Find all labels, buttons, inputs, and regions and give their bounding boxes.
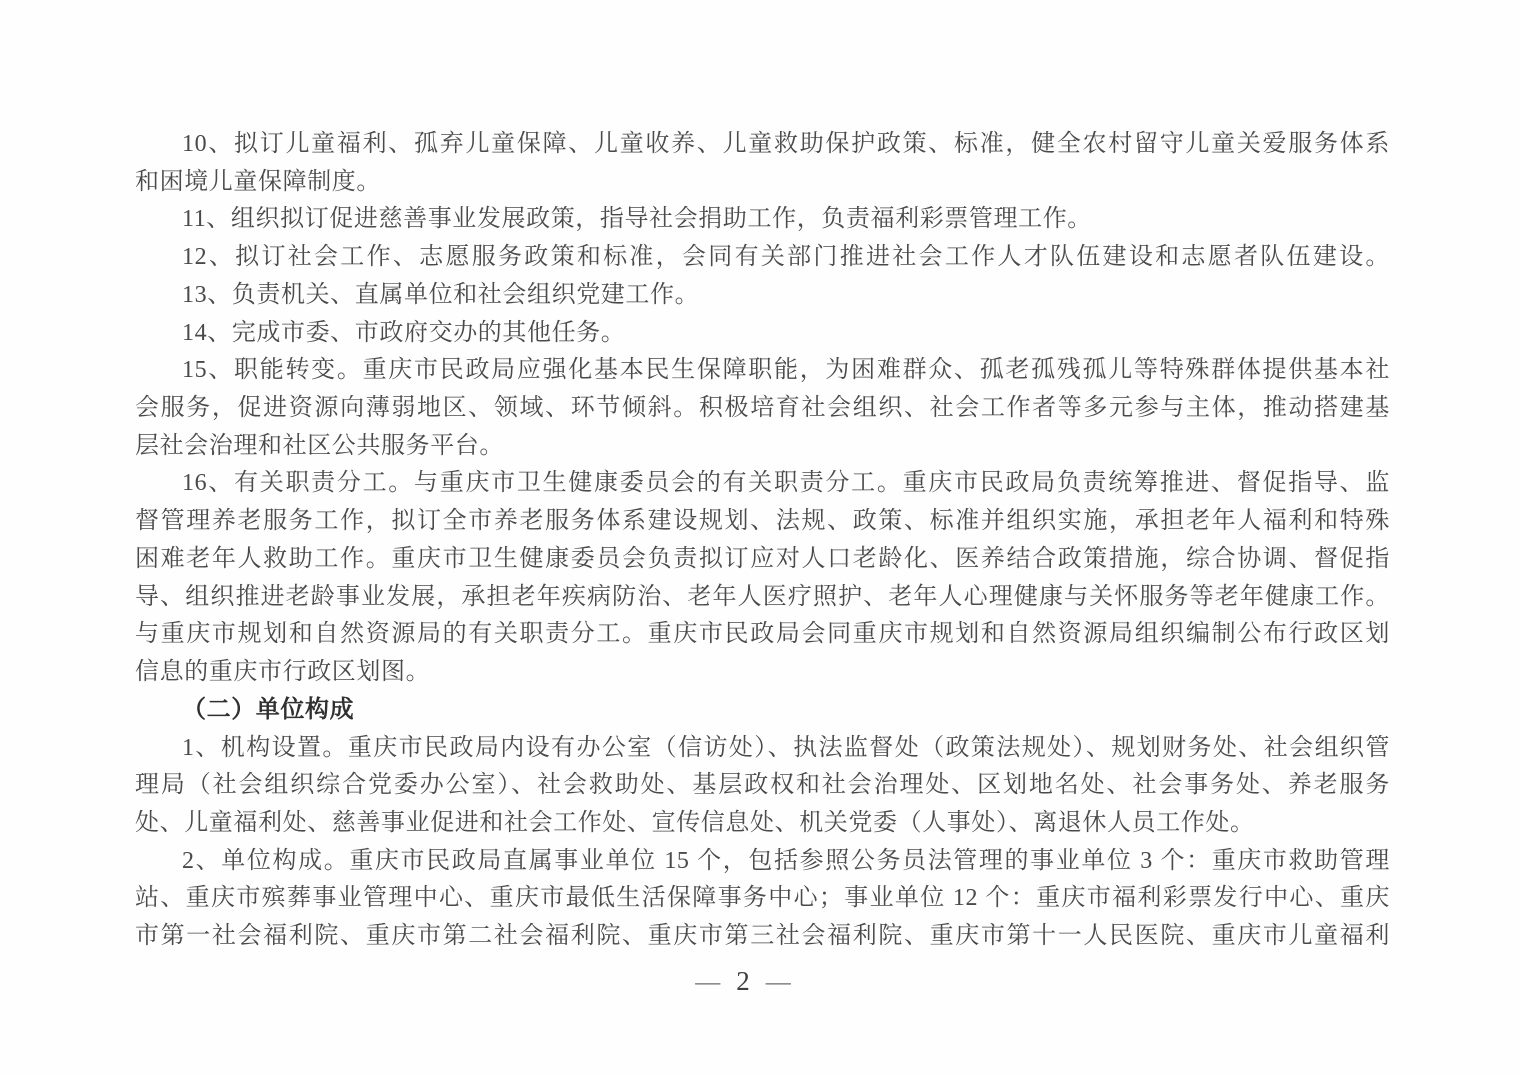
text-line: 10、拟订儿童福利、孤弃儿童保障、儿童收养、儿童救助保护政策、标准，健全农村留守… xyxy=(135,126,1390,164)
section-heading: （二）单位构成 xyxy=(135,692,1390,730)
page-number: 2 xyxy=(736,962,750,1000)
text-line: 2、单位构成。重庆市民政局直属事业单位 15 个，包括参照公务员法管理的事业单位… xyxy=(135,843,1390,881)
text-line: 会服务，促进资源向薄弱地区、领域、环节倾斜。积极培育社会组织、社会工作者等多元参… xyxy=(135,390,1390,428)
text-line: 处、儿童福利处、慈善事业促进和社会工作处、宣传信息处、机关党委（人事处）、离退休… xyxy=(135,805,1390,843)
text-line: 督管理养老服务工作，拟订全市养老服务体系建设规划、法规、政策、标准并组织实施，承… xyxy=(135,503,1390,541)
page-footer: —2— xyxy=(0,962,1486,1002)
text-line: 16、有关职责分工。与重庆市卫生健康委员会的有关职责分工。重庆市民政局负责统筹推… xyxy=(135,465,1390,503)
text-line: 15、职能转变。重庆市民政局应强化基本民生保障职能，为困难群众、孤老孤残孤儿等特… xyxy=(135,352,1390,390)
text-line: 理局（社会组织综合党委办公室）、社会救助处、基层政权和社会治理处、区划地名处、社… xyxy=(135,767,1390,805)
document-body: 10、拟订儿童福利、孤弃儿童保障、儿童收养、儿童救助保护政策、标准，健全农村留守… xyxy=(135,126,1390,956)
text-line: 站、重庆市殡葬事业管理中心、重庆市最低生活保障事务中心；事业单位 12 个：重庆… xyxy=(135,880,1390,918)
text-line: 市第一社会福利院、重庆市第二社会福利院、重庆市第三社会福利院、重庆市第十一人民医… xyxy=(135,918,1390,956)
footer-dash-right: — xyxy=(766,969,791,996)
text-line: 与重庆市规划和自然资源局的有关职责分工。重庆市民政局会同重庆市规划和自然资源局组… xyxy=(135,616,1390,654)
text-line: 11、组织拟订促进慈善事业发展政策，指导社会捐助工作，负责福利彩票管理工作。 xyxy=(135,201,1390,239)
text-line: 1、机构设置。重庆市民政局内设有办公室（信访处）、执法监督处（政策法规处）、规划… xyxy=(135,730,1390,768)
text-line: 困难老年人救助工作。重庆市卫生健康委员会负责拟订应对人口老龄化、医养结合政策措施… xyxy=(135,541,1390,579)
footer-dash-left: — xyxy=(695,969,720,996)
text-line: 导、组织推进老龄事业发展，承担老年疾病防治、老年人医疗照护、老年人心理健康与关怀… xyxy=(135,579,1390,617)
text-line: 14、完成市委、市政府交办的其他任务。 xyxy=(135,315,1390,353)
text-line: 和困境儿童保障制度。 xyxy=(135,164,1390,202)
text-line: 层社会治理和社区公共服务平台。 xyxy=(135,428,1390,466)
text-line: 信息的重庆市行政区划图。 xyxy=(135,654,1390,692)
text-line: 13、负责机关、直属单位和社会组织党建工作。 xyxy=(135,277,1390,315)
document-page: 10、拟订儿童福利、孤弃儿童保障、儿童收养、儿童救助保护政策、标准，健全农村留守… xyxy=(0,0,1520,1074)
text-line: 12、拟订社会工作、志愿服务政策和标准，会同有关部门推进社会工作人才队伍建设和志… xyxy=(135,239,1390,277)
